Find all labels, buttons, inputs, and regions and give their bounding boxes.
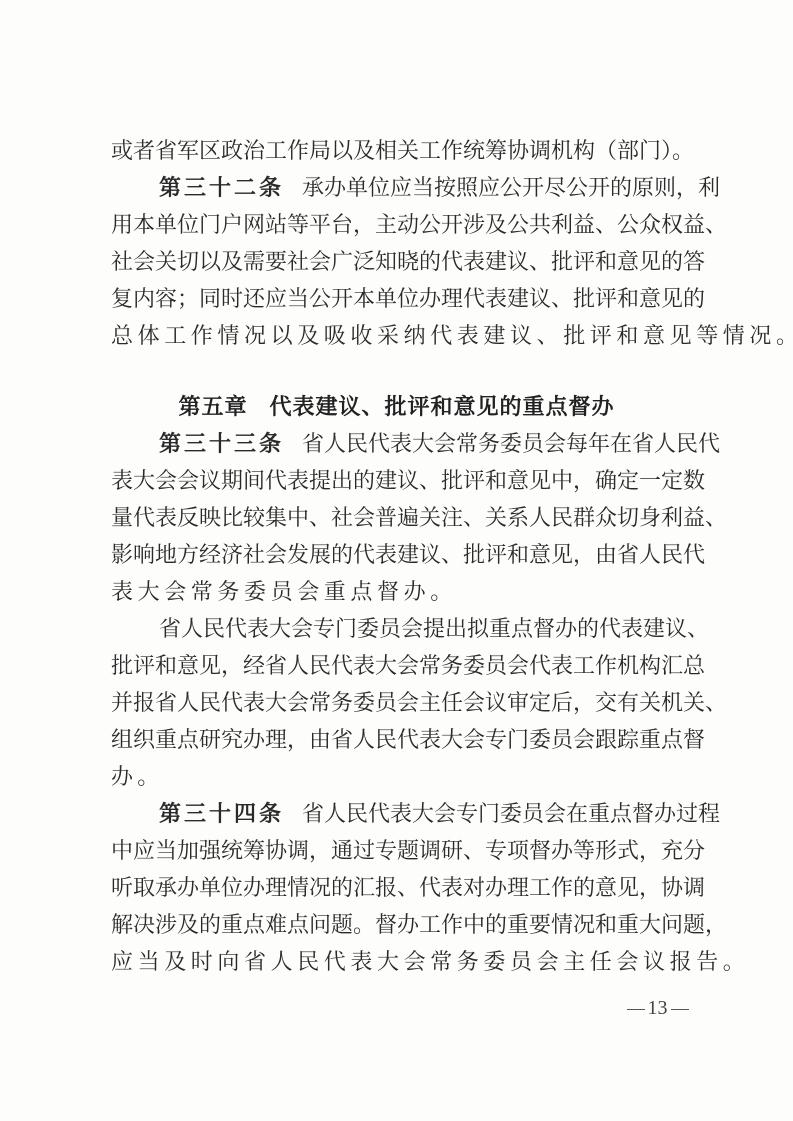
text-line: 总体工作情况以及吸收采纳代表建议、批评和意见等情况。 bbox=[111, 324, 693, 350]
text-span: 承办单位应当按照应公开尽公开的原则，利 bbox=[302, 176, 720, 201]
page-number: 13 bbox=[620, 997, 695, 1020]
article-label: 第三十四条 bbox=[159, 802, 284, 827]
text-span: 省人民代表大会专门委员会在重点督办过程 bbox=[302, 802, 720, 827]
article-label: 第三十二条 bbox=[159, 176, 284, 201]
text-line: 听取承办单位办理情况的汇报、代表对办理工作的意见，协调 bbox=[111, 876, 693, 902]
text-line: 批评和意见，经省人民代表大会常务委员会代表工作机构汇总 bbox=[111, 654, 693, 680]
text-line: 中应当加强统筹协调，通过专题调研、专项督办等形式，充分 bbox=[111, 839, 693, 865]
text-line: 组织重点研究办理，由省人民代表大会专门委员会跟踪重点督 bbox=[111, 728, 693, 754]
text-line: 社会关切以及需要社会广泛知晓的代表建议、批评和意见的答 bbox=[111, 250, 693, 276]
text-line: 应当及时向省人民代表大会常务委员会主任会议报告。 bbox=[111, 950, 693, 976]
dash-decoration bbox=[627, 1009, 645, 1010]
chapter-label: 第五章 bbox=[178, 395, 247, 420]
text-line: 并报省人民代表大会常务委员会主任会议审定后，交有关机关、 bbox=[111, 691, 693, 717]
article-32-first-line: 第三十二条承办单位应当按照应公开尽公开的原则，利 bbox=[111, 176, 693, 202]
text-span: 省人民代表大会常务委员会每年在省人民代 bbox=[302, 432, 720, 457]
text-line: 影响地方经济社会发展的代表建议、批评和意见，由省人民代 bbox=[111, 543, 693, 569]
chapter-title: 代表建议、批评和意见的重点督办 bbox=[270, 395, 615, 420]
text-line: 量代表反映比较集中、社会普遍关注、关系人民群众切身利益、 bbox=[111, 506, 693, 532]
page-number-value: 13 bbox=[648, 997, 668, 1019]
article-label: 第三十三条 bbox=[159, 432, 284, 457]
text-line: 表大会会议期间代表提出的建议、批评和意见中，确定一定数 bbox=[111, 469, 693, 495]
text-line: 省人民代表大会专门委员会提出拟重点督办的代表建议、 bbox=[111, 617, 693, 643]
text-line: 办。 bbox=[111, 765, 693, 791]
text-line: 解决涉及的重点难点问题。督办工作中的重要情况和重大问题， bbox=[111, 913, 693, 939]
text-line: 表大会常务委员会重点督办。 bbox=[111, 580, 693, 606]
article-34-first-line: 第三十四条省人民代表大会专门委员会在重点督办过程 bbox=[111, 802, 693, 828]
dash-decoration bbox=[671, 1009, 689, 1010]
text-line: 用本单位门户网站等平台，主动公开涉及公共利益、公众权益、 bbox=[111, 213, 693, 239]
document-page: 或者省军区政治工作局以及相关工作统筹协调机构（部门）。 第三十二条承办单位应当按… bbox=[0, 0, 793, 1121]
article-33-first-line: 第三十三条省人民代表大会常务委员会每年在省人民代 bbox=[111, 432, 693, 458]
chapter-heading: 第五章代表建议、批评和意见的重点督办 bbox=[0, 395, 793, 421]
text-line: 复内容；同时还应当公开本单位办理代表建议、批评和意见的 bbox=[111, 287, 693, 313]
text-line: 或者省军区政治工作局以及相关工作统筹协调机构（部门）。 bbox=[111, 139, 693, 165]
